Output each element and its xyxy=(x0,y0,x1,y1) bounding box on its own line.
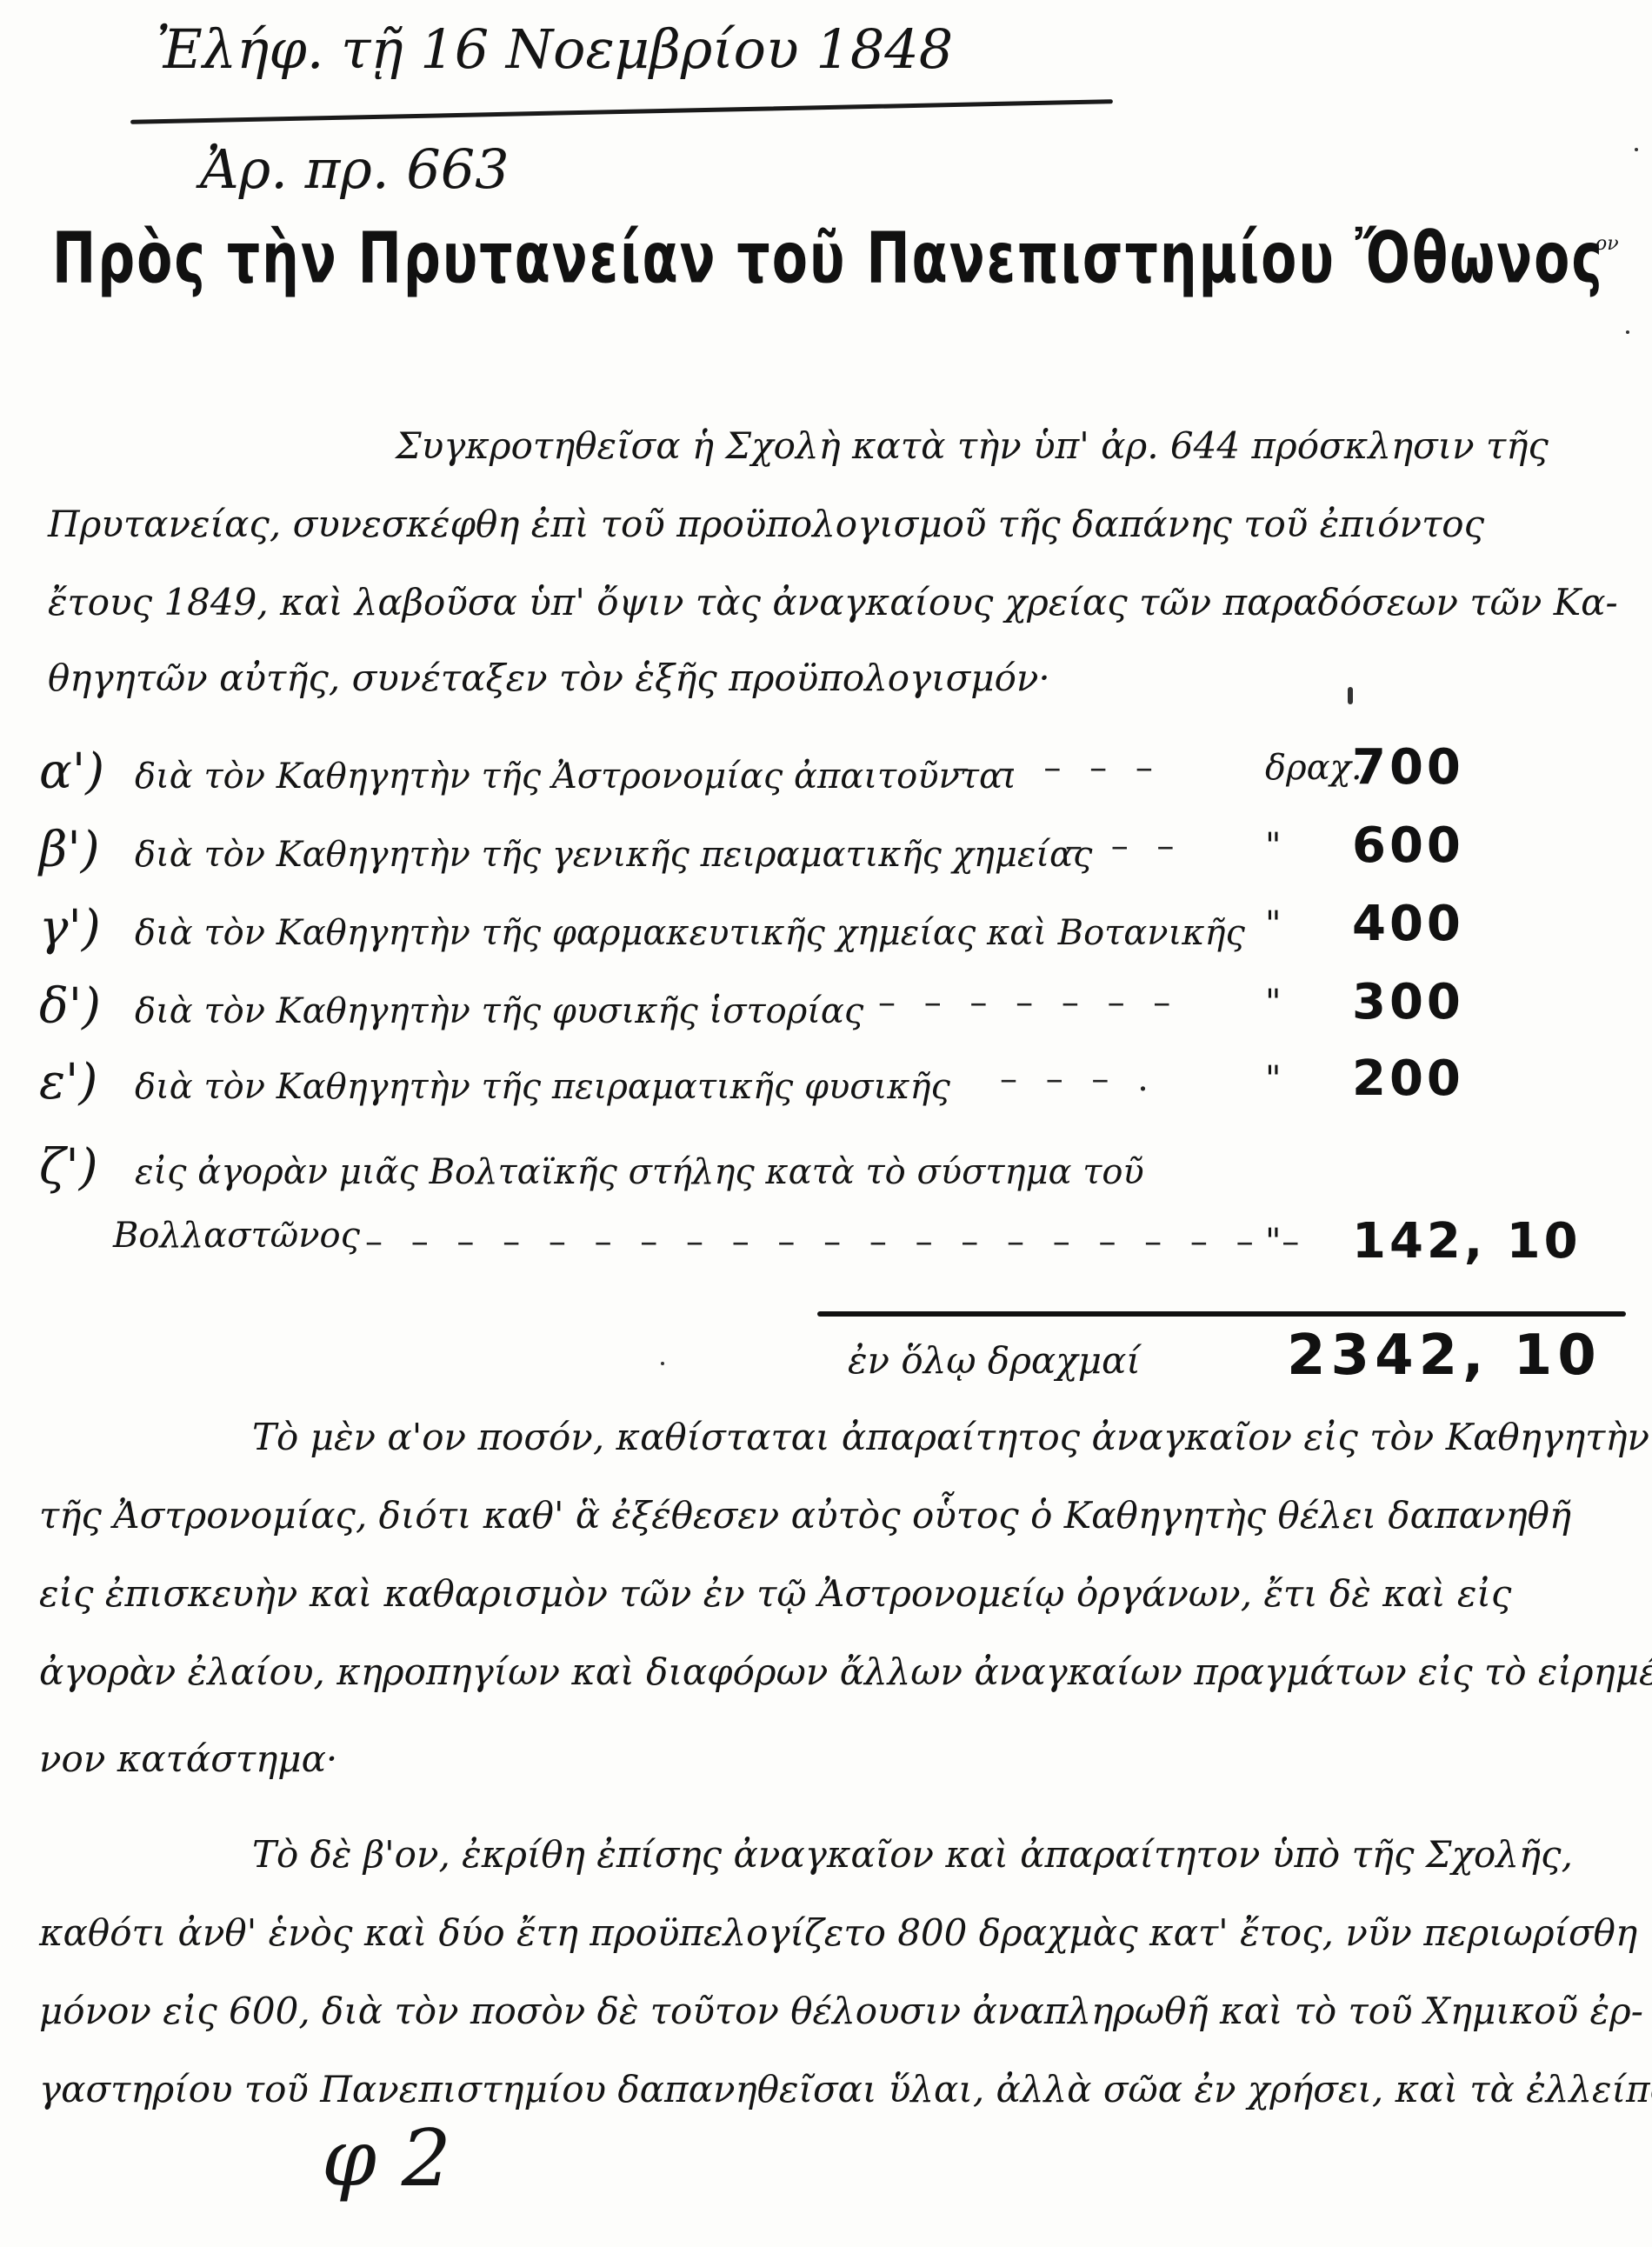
paragraph-a-line-1: Τὸ μὲν α'ον ποσόν, καθίσταται ἀπαραίτητο… xyxy=(252,1416,1649,1458)
paragraph-b-line-4: γαστηρίου τοῦ Πανεπιστημίου δαπανηθεῖσαι… xyxy=(39,2068,1652,2110)
item-letter: ζ') xyxy=(39,1139,135,1196)
intro-line-1: Συγκροτηθεῖσα ἡ Σχολὴ κατὰ τὴν ὑπ' ἀρ. 6… xyxy=(396,424,1549,467)
item-description: διὰ τὸν Καθηγητὴν τῆς γενικῆς πειραματικ… xyxy=(135,835,1092,875)
leader-dashes: – – – xyxy=(1065,826,1182,866)
leader-dashes: – – – – – – – xyxy=(878,983,1179,1023)
total-label: ἐν ὅλῳ δραχμαί xyxy=(848,1339,1141,1382)
intro-line-4: θηγητῶν αὐτῆς, συνέταξεν τὸν ἑξῆς προϋπο… xyxy=(48,657,1050,699)
item-amount: 700 xyxy=(1352,739,1464,796)
title-superscript: ον xyxy=(1595,233,1619,255)
item-amount: 300 xyxy=(1352,974,1464,1030)
item-letter: δ') xyxy=(39,978,135,1035)
paragraph-a-line-5: νον κατάστημα· xyxy=(39,1737,337,1780)
leader-dashes: – – – – – xyxy=(952,748,1162,788)
intro-line-2: Πρυτανείας, συνεσκέφθη ἐπὶ τοῦ προϋπολογ… xyxy=(48,503,1484,545)
paragraph-a-line-4: ἀγορὰν ἐλαίου, κηροπηγίων καὶ διαφόρων ἄ… xyxy=(39,1650,1652,1693)
paragraph-a-line-3: εἰς ἐπισκευὴν καὶ καθαρισμὸν τῶν ἐν τῷ Ἀ… xyxy=(39,1572,1511,1615)
item-unit: " xyxy=(1265,983,1281,1023)
ink-speck xyxy=(1348,687,1353,704)
budget-item-b: β') διὰ τὸν Καθηγητὴν τῆς γενικῆς πειραμ… xyxy=(39,822,1092,878)
header-underline-divider xyxy=(130,99,1113,124)
item-description: διὰ τὸν Καθηγητὴν τῆς πειραματικῆς φυσικ… xyxy=(135,1067,950,1107)
total-divider-line xyxy=(817,1311,1626,1317)
budget-item-e: ε') διὰ τὸν Καθηγητὴν τῆς πειραματικῆς φ… xyxy=(39,1054,950,1110)
document-title: Πρὸς τὴν Πρυτανείαν τοῦ Πανεπιστημίου Ὄθ… xyxy=(52,217,1604,300)
ink-speck xyxy=(1635,148,1638,151)
budget-item-d: δ') διὰ τὸν Καθηγητὴν τῆς φυσικῆς ἱστορί… xyxy=(39,978,863,1035)
item-description: διὰ τὸν Καθηγητὴν τῆς φαρμακευτικῆς χημε… xyxy=(135,913,1245,953)
budget-item-z: ζ') εἰς ἀγορὰν μιᾶς Βολταϊκῆς στήλης κατ… xyxy=(39,1139,1144,1196)
ink-speck xyxy=(1626,330,1629,334)
item-letter: γ') xyxy=(39,900,135,957)
leader-dashes: – – – . xyxy=(1000,1059,1157,1099)
paragraph-b-line-1: Τὸ δὲ β'ον, ἐκρίθη ἐπίσης ἀναγκαῖον καὶ … xyxy=(252,1833,1573,1876)
total-amount: 2342, 10 xyxy=(1287,1324,1602,1388)
item-description-continued: Βολλαστῶνος xyxy=(113,1216,360,1256)
intro-line-3: ἔτους 1849, καὶ λαβοῦσα ὑπ' ὄψιν τὰς ἀνα… xyxy=(48,581,1618,623)
received-date-line: Ἐλήφ. τῇ 16 Νοεμβρίου 1848 xyxy=(157,17,953,81)
item-unit: " xyxy=(1265,1059,1281,1099)
item-amount: 200 xyxy=(1352,1050,1464,1107)
paragraph-b-line-2: καθότι ἀνθ' ἑνὸς καὶ δύο ἔτη προϋπελογίζ… xyxy=(39,1911,1637,1954)
item-letter: ε') xyxy=(39,1054,135,1110)
item-unit: δραχ. xyxy=(1265,748,1362,788)
paragraph-a-line-2: τῆς Ἀστρονομίας, διότι καθ' ἃ ἐξέθεσεν α… xyxy=(39,1494,1571,1537)
item-amount: 142, 10 xyxy=(1352,1213,1582,1270)
item-amount: 600 xyxy=(1352,817,1464,874)
paragraph-b-line-3: μόνον εἰς 600, διὰ τὸν ποσὸν δὲ τοῦτον θ… xyxy=(39,1990,1643,2032)
item-unit: " xyxy=(1265,826,1281,866)
item-description: εἰς ἀγορὰν μιᾶς Βολταϊκῆς στήλης κατὰ τὸ… xyxy=(135,1152,1144,1192)
budget-item-a: α') διὰ τὸν Καθηγητὴν τῆς Ἀστρονομίας ἀπ… xyxy=(39,743,1016,800)
item-description: διὰ τὸν Καθηγητὴν τῆς Ἀστρονομίας ἀπαιτο… xyxy=(135,757,1016,797)
folio-mark: φ 2 xyxy=(322,2113,451,2204)
item-amount: 400 xyxy=(1352,896,1464,952)
item-description: διὰ τὸν Καθηγητὴν τῆς φυσικῆς ἱστορίας xyxy=(135,991,863,1031)
protocol-number: Ἀρ. πρ. 663 xyxy=(200,137,510,201)
item-letter: α') xyxy=(39,743,135,800)
item-letter: β') xyxy=(39,822,135,878)
leader-dashes: – – – – – – – – – – – – – – – – – – – – … xyxy=(365,1222,1308,1262)
budget-item-c: γ') διὰ τὸν Καθηγητὴν τῆς φαρμακευτικῆς … xyxy=(39,900,1245,957)
ink-speck xyxy=(661,1362,664,1365)
item-unit: " xyxy=(1265,904,1281,944)
